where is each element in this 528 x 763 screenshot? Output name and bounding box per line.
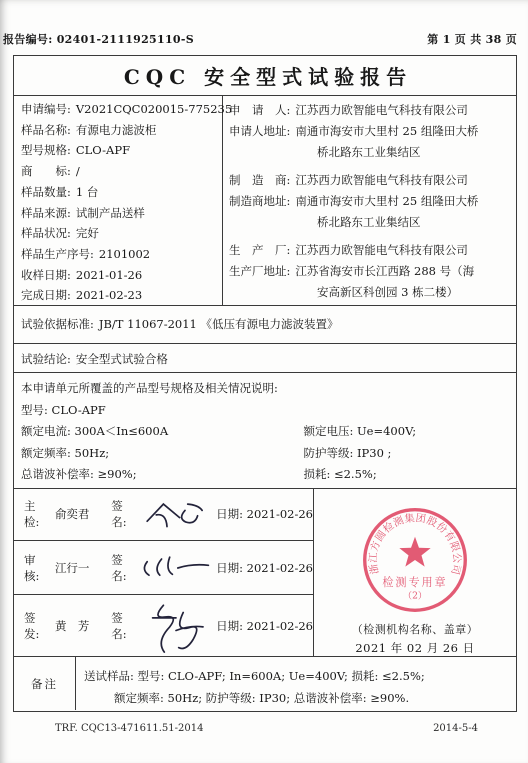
stamp-seal-number: （2）: [403, 591, 427, 602]
sign-date: 日期: 2021-02-26: [216, 560, 313, 576]
role-label: 主检:: [24, 498, 49, 530]
inspector-name: 俞奕君: [55, 506, 103, 522]
info-row-factory: 生 产 厂:江苏西力欧智能电气科技有限公司: [229, 240, 514, 261]
spec-loss: 损耗: ≤2.5%;: [303, 464, 508, 486]
test-conclusion-row: 试验结论:安全型式试验合格: [14, 344, 516, 373]
test-standard-row: 试验依据标准:JB/T 11067-2011 《低压有源电力滤波装置》: [14, 306, 516, 344]
signature-row-chief-inspector: 主检: 俞奕君 签名: 日期: 2021-02-26: [14, 489, 313, 541]
remark-body: 送试样品: 型号: CLO-APF; In=600A; Ue=400V; 损耗:…: [76, 657, 516, 710]
signature-scribble-jiang-xingyi: [140, 550, 212, 586]
inspection-seal-stamp: 浙江方圆检测集团股份有限公司 检测专用章 （2）: [356, 502, 474, 618]
report-table: CQC 安全型式试验报告 申请编号:V2021CQC020015-775235 …: [13, 55, 517, 712]
applicant-info-column: 申 请 人:江苏西力欧智能电气科技有限公司 申请人地址:南通市海安市大里村 25…: [223, 96, 516, 305]
sign-label: 签名:: [111, 552, 136, 584]
coverage-section: 本申请单元所覆盖的产品型号规格及相关情况说明: 型号: CLO-APF 额定电流…: [14, 373, 516, 489]
info-row-applicant-address: 申请人地址:南通市海安市大里村 25 组隆田大桥: [229, 121, 514, 142]
spec-left-column: 额定电流: 300A＜In≤600A 额定频率: 50Hz; 总谐波补偿率: ≥…: [21, 421, 303, 486]
sign-date: 日期: 2021-02-26: [216, 618, 313, 634]
stamp-caption: （检测机构名称、盖章）: [352, 621, 479, 637]
spec-rated-current: 额定电流: 300A＜In≤600A: [21, 421, 303, 443]
remark-label: 备注: [14, 657, 76, 710]
signature-column: 主检: 俞奕君 签名: 日期: 2021-02-26 审核:: [14, 489, 314, 656]
info-row-manufacturer-address-cont: 桥北路东工业集结区: [229, 212, 514, 233]
page-indicator: 第 1 页 共 38 页: [427, 31, 517, 47]
stamp-star-icon: [399, 537, 430, 567]
info-row-sample-name: 样品名称:有源电力滤波柜: [21, 120, 220, 141]
role-label: 签发:: [24, 610, 49, 642]
info-row-factory-address: 生产厂地址:江苏省海安市长江西路 288 号（海: [229, 261, 514, 282]
remark-line-1: 送试样品: 型号: CLO-APF; In=600A; Ue=400V; 损耗:…: [84, 665, 512, 687]
sample-info-left-column: 申请编号:V2021CQC020015-775235 样品名称:有源电力滤波柜 …: [14, 96, 223, 305]
info-row-model: 型号规格:CLO-APF: [21, 140, 220, 161]
remark-section: 备注 送试样品: 型号: CLO-APF; In=600A; Ue=400V; …: [14, 657, 516, 710]
spec-columns: 额定电流: 300A＜In≤600A 额定频率: 50Hz; 总谐波补偿率: ≥…: [21, 421, 508, 486]
reviewer-name: 江行一: [55, 560, 103, 576]
footer-trf-code: TRF. CQC13-471611.51-2014: [55, 723, 203, 734]
signature-section: 主检: 俞奕君 签名: 日期: 2021-02-26 审核:: [14, 489, 516, 657]
info-row-source: 样品来源:试制产品送样: [21, 203, 220, 224]
spec-right-column: 额定电压: Ue=400V; 防护等级: IP30 ; 损耗: ≤2.5%;: [303, 421, 508, 486]
report-number-value: 02401-2111925110-S: [57, 33, 194, 46]
report-number-label: 报告编号:: [3, 33, 53, 46]
stamp-seal-text: 检测专用章: [382, 575, 447, 589]
coverage-model: 型号: CLO-APF: [21, 400, 508, 422]
signature-row-reviewer: 审核: 江行一 签名: 日期: 2021-02-26: [14, 541, 313, 596]
info-row-completed-date: 完成日期:2021-02-23: [21, 285, 220, 306]
info-row-manufacturer: 制 造 商:江苏西力欧智能电气科技有限公司: [229, 170, 514, 191]
info-row-trademark: 商 标:/: [21, 161, 220, 182]
sign-date: 日期: 2021-02-26: [216, 506, 313, 522]
info-row-quantity: 样品数量:1 台: [21, 182, 220, 203]
spec-harmonic-compensation: 总谐波补偿率: ≥90%;: [21, 464, 303, 486]
coverage-intro: 本申请单元所覆盖的产品型号规格及相关情况说明:: [21, 378, 508, 400]
signature-row-issuer: 签发: 黄 芳 签名: 日期: 2021-02-26: [14, 595, 313, 656]
remark-line-2: 额定频率: 50Hz; 防护等级: IP30; 总谐波补偿率: ≥90%.: [84, 687, 512, 709]
spec-protection-class: 防护等级: IP30 ;: [303, 443, 508, 465]
signature-scribble-yu-yijun: [140, 496, 212, 532]
info-row-applicant-address-cont: 桥北路东工业集结区: [229, 142, 514, 163]
stamp-cell: 浙江方圆检测集团股份有限公司 检测专用章 （2） （检测机构名称、盖章） 202…: [314, 489, 516, 656]
info-row-applicant: 申 请 人:江苏西力欧智能电气科技有限公司: [229, 100, 514, 121]
role-label: 审核:: [24, 552, 49, 584]
report-title: CQC 安全型式试验报告: [14, 56, 516, 96]
info-row-application-no: 申请编号:V2021CQC020015-775235: [21, 99, 220, 120]
info-row-manufacturer-address: 制造商地址:南通市海安市大里村 25 组隆田大桥: [229, 191, 514, 212]
sign-label: 签名:: [111, 498, 136, 530]
scanned-report-page: 报告编号: 02401-2111925110-S 第 1 页 共 38 页 CQ…: [0, 0, 528, 763]
info-row-serial: 样品生产序号:2101002: [21, 244, 220, 265]
sample-info-section: 申请编号:V2021CQC020015-775235 样品名称:有源电力滤波柜 …: [14, 96, 516, 306]
footer-version-date: 2014-5-4: [433, 723, 478, 734]
spec-rated-frequency: 额定频率: 50Hz;: [21, 443, 303, 465]
sign-label: 签名:: [111, 610, 136, 642]
spec-rated-voltage: 额定电压: Ue=400V;: [303, 421, 508, 443]
info-row-condition: 样品状况:完好: [21, 223, 220, 244]
signature-scribble-huang-fang: [140, 608, 212, 644]
info-row-factory-address-cont: 安高新区科创园 3 栋二楼）: [229, 282, 514, 303]
report-number: 报告编号: 02401-2111925110-S: [3, 31, 194, 47]
info-row-received-date: 收样日期:2021-01-26: [21, 265, 220, 286]
issuer-name: 黄 芳: [55, 618, 103, 634]
stamp-date: 2021 年 02 月 26 日: [355, 640, 474, 656]
